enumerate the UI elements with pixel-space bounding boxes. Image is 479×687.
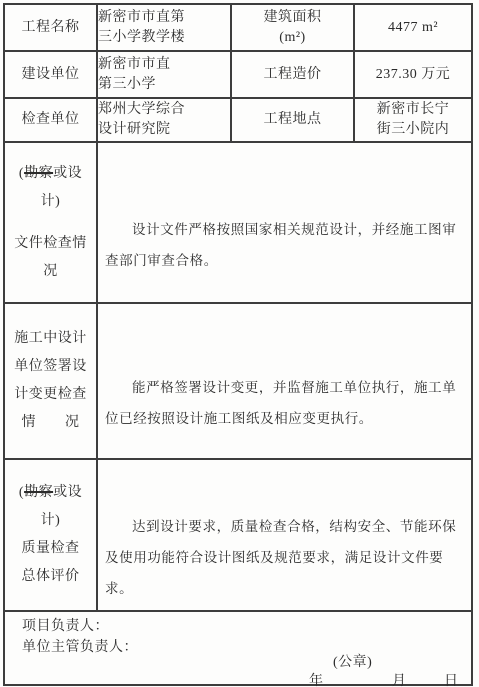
- design-change-check-text: 能严格签署设计变更，并监督施工单位执行，施工单位已经按照设计施工图纸及相应变更执…: [98, 328, 471, 434]
- project-cost-label: 工程造价: [231, 51, 354, 98]
- date-year-label: 年: [309, 670, 324, 687]
- design-change-check-label: 施工中设计 单位签署设 计变更检查 情 况: [5, 325, 96, 437]
- quality-evaluation-label: 质量检查 总体评价: [5, 535, 96, 591]
- inspection-form-table: 工程名称 新密市市直第 三小学教学楼 建筑面积 (m²) 4477 m² 建设单…: [3, 3, 473, 686]
- project-location-value: 新密市长宁 街三小院内: [354, 98, 472, 142]
- project-cost-value: 237.30 万元: [354, 51, 472, 98]
- building-area-label: 建筑面积 (m²): [231, 4, 354, 51]
- inspection-unit-label: 检查单位: [4, 98, 97, 142]
- official-seal-label: (公章): [333, 651, 372, 671]
- project-leader-label: 项目负责人：: [22, 615, 109, 635]
- building-area-value: 4477 m²: [354, 4, 472, 51]
- section-header-quality-evaluation: (勘察或设 计) 质量检查 总体评价: [4, 459, 97, 611]
- survey-or-design-parenthetical-2: (勘察或设 计): [5, 479, 96, 535]
- project-name-value: 新密市市直第 三小学教学楼: [97, 4, 231, 51]
- unit-supervisor-label: 单位主管负责人：: [22, 636, 138, 656]
- project-name-label: 工程名称: [4, 4, 97, 51]
- section-header-design-doc-check: (勘察或设 计) 文件检查情 况: [4, 142, 97, 303]
- survey-or-design-parenthetical: (勘察或设 计): [5, 160, 96, 216]
- quality-evaluation-content-cell: 达到设计要求，质量检查合格，结构安全、节能环保及使用功能符合设计图纸及规范要求，…: [97, 459, 472, 611]
- design-change-check-content-cell: 能严格签署设计变更，并监督施工单位执行，施工单位已经按照设计施工图纸及相应变更执…: [97, 303, 472, 459]
- date-month-label: 月: [392, 670, 407, 687]
- design-doc-check-label: 文件检查情 况: [5, 230, 96, 286]
- design-doc-check-text: 设计文件严格按照国家相关规范设计，并经施工图审查部门审查合格。: [98, 170, 471, 276]
- inspection-unit-value: 郑州大学综合 设计研究院: [97, 98, 231, 142]
- design-doc-check-content-cell: 设计文件严格按照国家相关规范设计，并经施工图审查部门审查合格。: [97, 142, 472, 303]
- construction-unit-label: 建设单位: [4, 51, 97, 98]
- section-header-design-change-check: 施工中设计 单位签署设 计变更检查 情 况: [4, 303, 97, 459]
- struck-text-survey: 勘察: [24, 166, 53, 181]
- signature-footer-cell: 项目负责人： 单位主管负责人： (公章) 年 月 日: [4, 611, 472, 685]
- quality-evaluation-text: 达到设计要求，质量检查合格，结构安全、节能环保及使用功能符合设计图纸及规范要求，…: [98, 467, 471, 604]
- project-location-label: 工程地点: [231, 98, 354, 142]
- date-day-label: 日: [444, 670, 459, 687]
- construction-unit-value: 新密市市直 第三小学: [97, 51, 231, 98]
- struck-text-survey-2: 勘察: [24, 485, 53, 500]
